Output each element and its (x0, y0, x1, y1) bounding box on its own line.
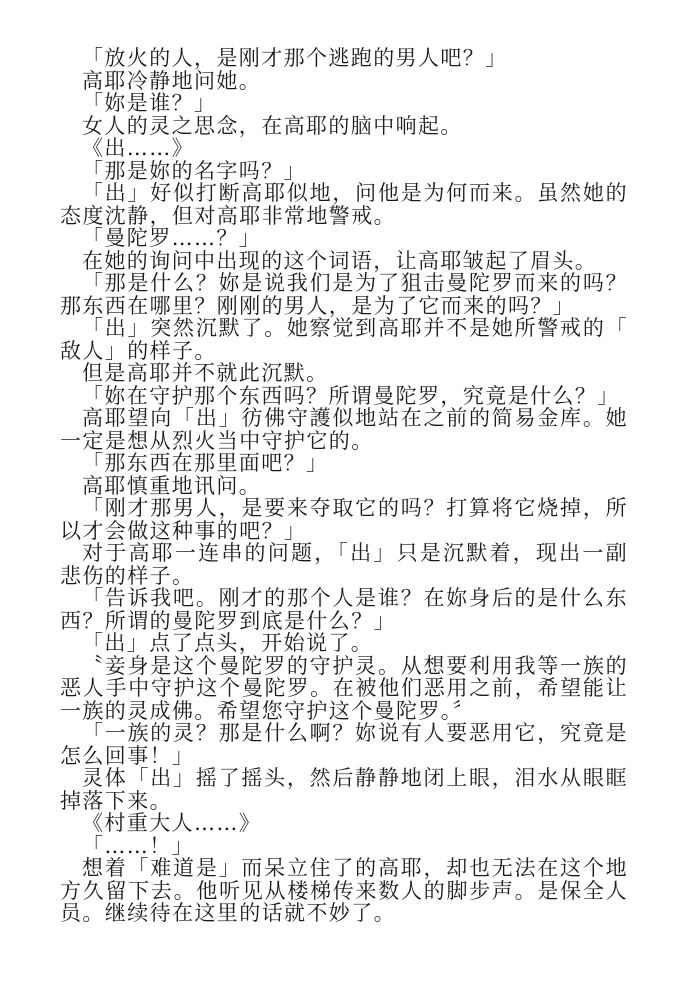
paragraph: 「妳在守护那个东西吗？所谓曼陀罗，究竟是什么？」 (60, 385, 628, 408)
paragraph: 但是高耶并不就此沉默。 (60, 362, 628, 385)
paragraph: 「刚才那男人，是要来夺取它的吗？打算将它烧掉，所以才会做这种事的吧？」 (60, 497, 628, 542)
paragraph: 高耶冷静地问她。 (60, 70, 628, 93)
paragraph: 「出」好似打断高耶似地，问他是为何而来。虽然她的态度沈静，但对高耶非常地警戒。 (60, 182, 628, 227)
paragraph: 在她的询问中出现的这个词语，让高耶皱起了眉头。 (60, 250, 628, 273)
paragraph: 「告诉我吧。刚才的那个人是谁？在妳身后的是什么东西？所谓的曼陀罗到底是什么？」 (60, 587, 628, 632)
paragraph: 「放火的人，是刚才那个逃跑的男人吧？」 (60, 47, 628, 70)
paragraph: 想着「难道是」而呆立住了的高耶，却也无法在这个地方久留下去。他听见从楼梯传来数人… (60, 857, 628, 925)
paragraph: 高耶慎重地讯问。 (60, 475, 628, 498)
paragraph: 「那是什么？妳是说我们是为了狙击曼陀罗而来的吗？那东西在哪里？刚刚的男人，是为了… (60, 272, 628, 317)
paragraph: 对于高耶一连串的问题，「出」只是沉默着，现出一副悲伤的样子。 (60, 542, 628, 587)
paragraph: 高耶望向「出」彷佛守護似地站在之前的简易金库。她一定是想从烈火当中守护它的。 (60, 407, 628, 452)
paragraph: 《村重大人……》 (60, 812, 628, 835)
paragraph: 女人的灵之思念，在高耶的脑中响起。 (60, 115, 628, 138)
paragraph: 灵体「出」摇了摇头，然后静静地闭上眼，泪水从眼眶掉落下来。 (60, 767, 628, 812)
paragraph: 「曼陀罗……？」 (60, 227, 628, 250)
paragraph: 〝妾身是这个曼陀罗的守护灵。从想要利用我等一族的恶人手中守护这个曼陀罗。在被他们… (60, 655, 628, 723)
paragraph: 《出……》 (60, 137, 628, 160)
paragraph: 「出」突然沉默了。她察觉到高耶并不是她所警戒的「敌人」的样子。 (60, 317, 628, 362)
paragraph: 「一族的灵？那是什么啊？妳说有人要恶用它，究竟是怎么回事！」 (60, 722, 628, 767)
paragraph: 「那东西在那里面吧？」 (60, 452, 628, 475)
paragraph: 「出」点了点头，开始说了。 (60, 632, 628, 655)
paragraph: 「那是妳的名字吗？」 (60, 160, 628, 183)
paragraph: 「……！」 (60, 835, 628, 858)
paragraph: 「妳是谁？」 (60, 92, 628, 115)
document-page: 「放火的人，是刚才那个逃跑的男人吧？」 高耶冷静地问她。 「妳是谁？」 女人的灵… (60, 47, 628, 925)
